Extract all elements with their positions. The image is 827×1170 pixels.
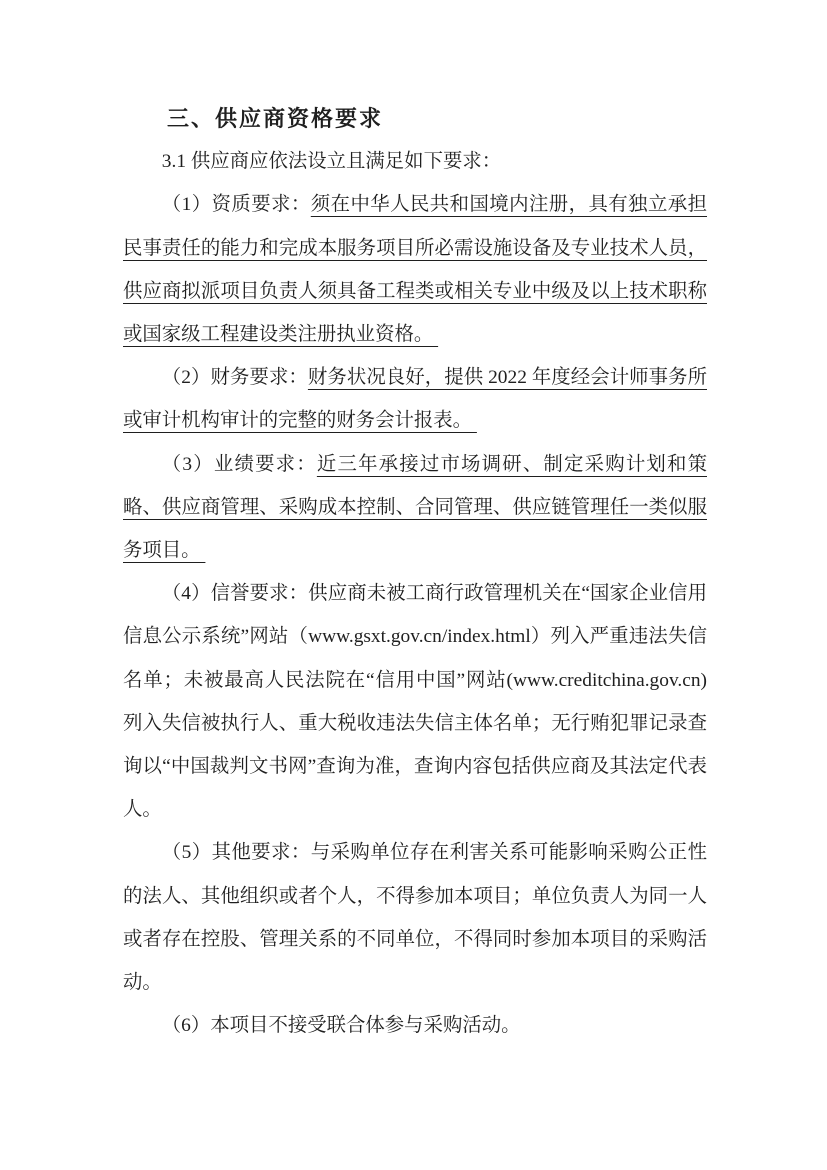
text-run: （5）其他要求：与采购单位存在利害关系可能影响采购公正性的法人、其他组织或者个人… xyxy=(123,842,707,993)
paragraph-clause-3-1-intro: 3.1 供应商应依法设立且满足如下要求： xyxy=(123,140,707,183)
section-heading: 三、供应商资格要求 xyxy=(123,97,707,140)
text-run: （1）资质要求： xyxy=(162,194,311,215)
paragraph-item-3-performance: （3）业绩要求：近三年承接过市场调研、制定采购计划和策略、供应商管理、采购成本控… xyxy=(123,443,707,573)
text-run: （6）本项目不接受联合体参与采购活动。 xyxy=(162,1015,521,1036)
underlined-text-run: 须在中华人民共和国境内注册，具有独立承担民事责任的能力和完成本服务项目所必需设施… xyxy=(123,194,707,345)
paragraph-item-5-other: （5）其他要求：与采购单位存在利害关系可能影响采购公正性的法人、其他组织或者个人… xyxy=(123,831,707,1004)
document-page: 三、供应商资格要求 3.1 供应商应依法设立且满足如下要求：（1）资质要求：须在… xyxy=(0,0,827,1170)
document-body: 3.1 供应商应依法设立且满足如下要求：（1）资质要求：须在中华人民共和国境内注… xyxy=(123,140,707,1047)
text-run: （3）业绩要求： xyxy=(162,454,317,475)
paragraph-item-2-financial: （2）财务要求：财务状况良好，提供 2022 年度经会计师事务所或审计机构审计的… xyxy=(123,356,707,442)
paragraph-item-6-consortium: （6）本项目不接受联合体参与采购活动。 xyxy=(123,1004,707,1047)
text-run: 3.1 供应商应依法设立且满足如下要求： xyxy=(162,151,501,172)
text-run: （4）信誉要求：供应商未被工商行政管理机关在“国家企业信用信息公示系统”网站（w… xyxy=(123,583,707,820)
paragraph-item-1-qualification: （1）资质要求：须在中华人民共和国境内注册，具有独立承担民事责任的能力和完成本服… xyxy=(123,183,707,356)
text-run: （2）财务要求： xyxy=(162,367,308,388)
paragraph-item-4-reputation: （4）信誉要求：供应商未被工商行政管理机关在“国家企业信用信息公示系统”网站（w… xyxy=(123,572,707,831)
